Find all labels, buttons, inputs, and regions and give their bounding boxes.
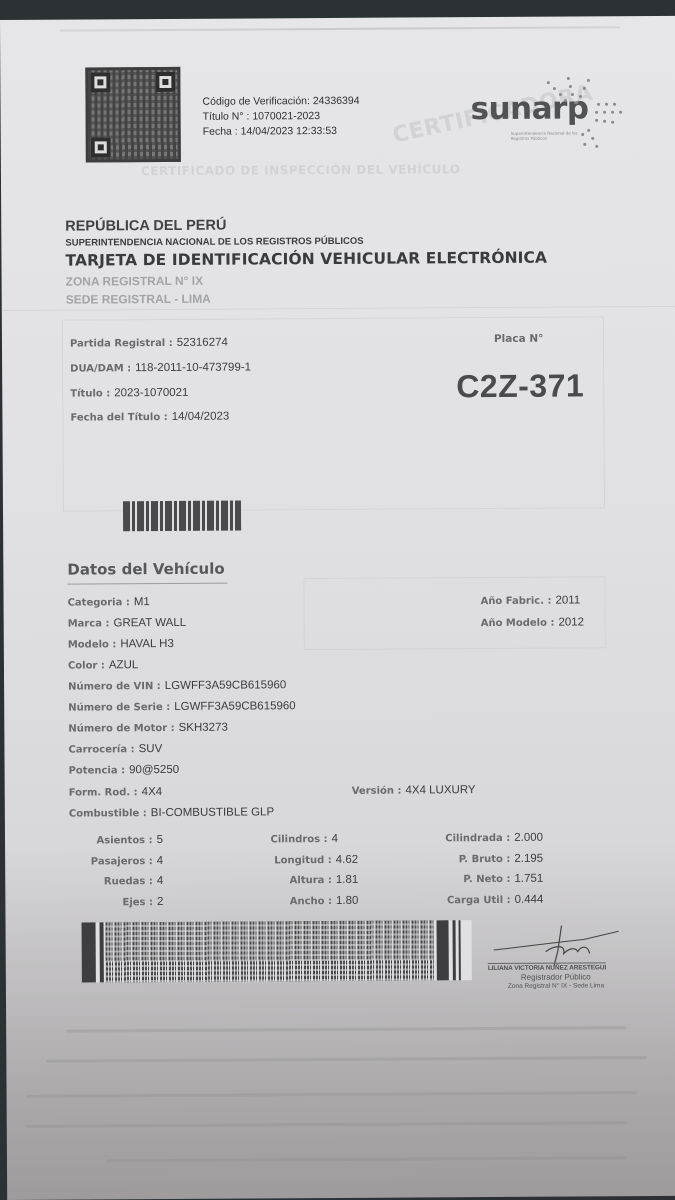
motor-field: Número de Motor :SKH3273: [68, 722, 228, 735]
signer-zona: Zona Registral N° IX - Sede Lima: [508, 982, 604, 990]
fecha-titulo-label: Fecha del Título :: [70, 412, 167, 424]
cilindrada-label: Cilindrada :: [445, 833, 510, 844]
form-rod-field: Form. Rod. :4X4: [69, 786, 162, 799]
section-divider: [67, 583, 227, 585]
ruedas-label: Ruedas :: [104, 876, 153, 887]
p-bruto-value: 2.195: [514, 853, 543, 865]
zona-registral: ZONA REGISTRAL N° IX: [66, 274, 204, 289]
longitud-field: Longitud :4.62: [220, 854, 358, 867]
cilindros-value: 4: [332, 833, 338, 845]
barcode-start-bar: [100, 922, 104, 982]
version-label: Versión :: [352, 786, 402, 797]
cilindrada-value: 2.000: [514, 832, 543, 844]
serie-value: LGWFF3A59CB615960: [174, 700, 296, 713]
version-field: Versión :4X4 LUXURY: [352, 784, 476, 797]
vin-label: Número de VIN :: [68, 681, 161, 693]
country-heading: REPÚBLICA DEL PERÚ: [65, 218, 226, 235]
carga-util-value: 0.444: [515, 894, 544, 906]
titulo-no: 1070021-2023: [252, 110, 320, 122]
signer-name: LILIANA VICTORIA NUÑEZ ARESTEGUI: [488, 962, 606, 972]
p-bruto-label: P. Bruto :: [459, 854, 511, 865]
potencia-label: Potencia :: [69, 765, 126, 776]
carga-util-label: Carga Util :: [447, 895, 511, 906]
bleed-through-text: [27, 1091, 637, 1098]
partida-label: Partida Registral :: [70, 338, 173, 350]
carga-util-field: Carga Util :0.444: [405, 894, 543, 907]
p-neto-label: P. Neto :: [463, 874, 510, 885]
modelo-value: HAVAL H3: [120, 638, 174, 650]
anio-fabric-field: Año Fabric. :2011: [481, 594, 581, 607]
titulo-value: 2023-1070021: [114, 387, 188, 399]
ancho-value: 1.80: [336, 895, 358, 907]
dua-field: DUA/DAM :118-2011-10-473799-1: [70, 361, 251, 374]
verification-code-label: Código de Verificación:: [202, 95, 309, 108]
p-neto-field: P. Neto :1.751: [405, 873, 543, 886]
vin-value: LGWFF3A59CB615960: [165, 679, 287, 692]
ruedas-field: Ruedas :4: [67, 875, 163, 888]
cilindrada-field: Cilindrada :2.000: [405, 832, 543, 845]
ancho-label: Ancho :: [290, 896, 332, 907]
pasajeros-field: Pasajeros :4: [67, 855, 163, 868]
barcode-stop-bar: [453, 920, 456, 980]
combustible-value: BI-COMBUSTIBLE GLP: [151, 806, 274, 819]
altura-label: Altura :: [290, 875, 332, 886]
potencia-value: 90@5250: [129, 764, 179, 776]
barcode-data: [106, 920, 434, 982]
bleed-through-text: [107, 1156, 627, 1162]
barcode-stop-bar: [437, 920, 449, 980]
categoria-label: Categoria :: [68, 597, 130, 608]
titulo-field: Título :2023-1070021: [70, 387, 188, 400]
placa-label: Placa N°: [494, 333, 543, 345]
partida-value: 52316274: [177, 337, 228, 349]
titulo-label: Título :: [70, 388, 110, 399]
marca-field: Marca :GREAT WALL: [68, 617, 187, 630]
motor-value: SKH3273: [179, 722, 228, 734]
version-value: 4X4 LUXURY: [405, 784, 475, 796]
section-title: Datos del Vehículo: [67, 560, 224, 579]
fecha-titulo-field: Fecha del Título :14/04/2023: [70, 411, 229, 424]
color-field: Color :AZUL: [68, 659, 138, 671]
anio-fabric-label: Año Fabric. :: [481, 596, 552, 607]
carroceria-field: Carrocería :SUV: [68, 743, 162, 756]
form-rod-value: 4X4: [142, 786, 163, 798]
motor-label: Número de Motor :: [68, 723, 174, 735]
document-title: TARJETA DE IDENTIFICACIÓN VEHICULAR ELEC…: [65, 249, 547, 270]
asientos-value: 5: [157, 834, 163, 846]
categoria-field: Categoria :M1: [68, 596, 150, 609]
dua-value: 118-2011-10-473799-1: [135, 361, 251, 374]
fecha-titulo-value: 14/04/2023: [172, 411, 230, 423]
categoria-value: M1: [134, 596, 150, 608]
bleed-through-table-2: [303, 576, 605, 650]
color-value: AZUL: [109, 659, 138, 671]
qr-code-icon: [85, 67, 181, 163]
carroceria-value: SUV: [139, 743, 163, 755]
serie-label: Número de Serie :: [68, 702, 170, 714]
combustible-field: Combustible :BI-COMBUSTIBLE GLP: [69, 806, 274, 819]
titulo-no-label: Título N° :: [203, 110, 250, 122]
p-neto-value: 1.751: [514, 873, 543, 885]
asientos-field: Asientos :5: [67, 834, 163, 847]
pasajeros-label: Pasajeros :: [91, 856, 153, 867]
fecha: 14/04/2023 12:33:53: [241, 125, 337, 138]
qr-finder: [155, 72, 175, 92]
ruedas-value: 4: [157, 875, 163, 887]
ancho-field: Ancho :1.80: [220, 895, 358, 908]
pasajeros-value: 4: [157, 855, 163, 867]
agency-heading: SUPERINTENDENCIA NACIONAL DE LOS REGISTR…: [65, 236, 363, 249]
color-label: Color :: [68, 660, 105, 671]
verification-code: 24336394: [313, 95, 360, 107]
ejes-field: Ejes :2: [67, 896, 163, 909]
sede-registral: SEDE REGISTRAL - LIMA: [66, 292, 211, 307]
paper-edge-line: [60, 26, 620, 31]
document-page: CERTIFICADORA CERTIFICADO DE INSPECCIÓN …: [0, 16, 675, 1200]
pdf417-barcode-icon: [82, 920, 472, 982]
anio-modelo-value: 2012: [558, 616, 584, 628]
modelo-field: Modelo :HAVAL H3: [68, 638, 174, 651]
combustible-label: Combustible :: [69, 808, 147, 819]
fecha-label: Fecha :: [203, 126, 238, 138]
altura-value: 1.81: [336, 874, 358, 886]
p-bruto-field: P. Bruto :2.195: [405, 853, 543, 866]
altura-field: Altura :1.81: [220, 874, 358, 887]
bleed-through-text: [46, 1056, 646, 1063]
carroceria-label: Carrocería :: [68, 744, 134, 755]
barcode-icon: [123, 501, 241, 532]
bleed-through-text: [27, 1121, 627, 1128]
verification-block: Código de Verificación: 24336394 Título …: [202, 94, 359, 140]
bleed-through-line: [2, 306, 675, 311]
anio-modelo-field: Año Modelo :2012: [481, 616, 584, 629]
qr-finder: [91, 137, 111, 157]
partida-field: Partida Registral :52316274: [70, 337, 228, 350]
marca-value: GREAT WALL: [113, 617, 186, 629]
qr-finder: [90, 72, 110, 92]
dua-label: DUA/DAM :: [70, 363, 131, 374]
bleed-through-text: [66, 1026, 626, 1032]
ejes-value: 2: [157, 896, 163, 908]
barcode-stop-bar: [459, 920, 461, 980]
vin-field: Número de VIN :LGWFF3A59CB615960: [68, 679, 286, 692]
anio-modelo-label: Año Modelo :: [481, 618, 555, 629]
potencia-field: Potencia :90@5250: [69, 764, 180, 777]
form-rod-label: Form. Rod. :: [69, 787, 138, 798]
serie-field: Número de Serie :LGWFF3A59CB615960: [68, 700, 296, 713]
anio-fabric-value: 2011: [555, 594, 580, 606]
marca-label: Marca :: [68, 618, 110, 629]
longitud-label: Longitud :: [274, 855, 332, 866]
signer-role: Registrador Público: [521, 972, 591, 981]
longitud-value: 4.62: [336, 854, 358, 866]
bleed-through-heading: CERTIFICADO DE INSPECCIÓN DEL VEHÍCULO: [141, 162, 460, 178]
ejes-label: Ejes :: [122, 897, 153, 908]
placa-number: C2Z-371: [456, 367, 584, 405]
modelo-label: Modelo :: [68, 639, 117, 650]
cilindros-field: Cilindros :4: [220, 833, 338, 846]
cilindros-label: Cilindros :: [270, 834, 327, 845]
asientos-label: Asientos :: [96, 835, 152, 846]
barcode-start-bar: [82, 922, 96, 982]
sunarp-sunburst-icon: [538, 74, 628, 155]
